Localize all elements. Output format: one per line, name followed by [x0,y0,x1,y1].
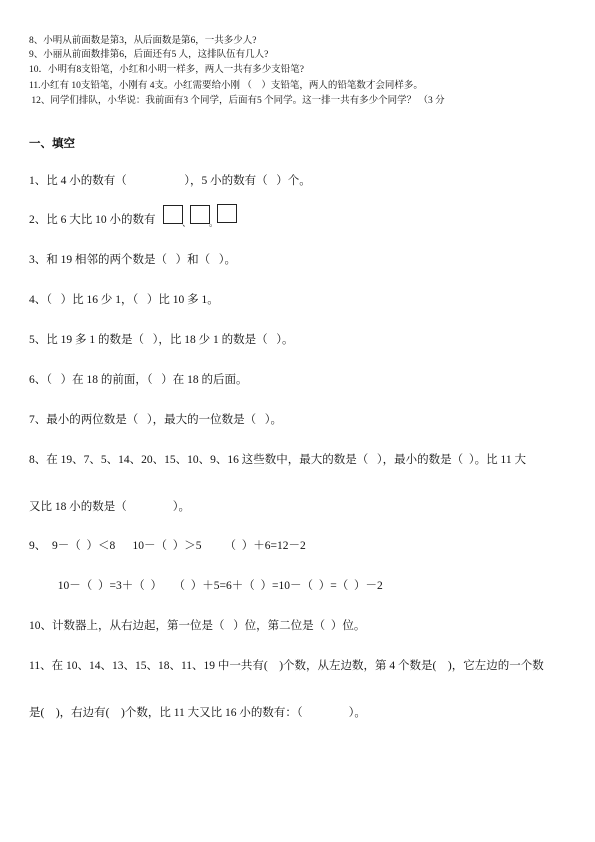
question-9-cont: 10－（ ）=3＋（ ） （ ）＋5=6＋（ ）=10－（ ）=（ ）－2 [29,579,383,593]
question-7: 7、最小的两位数是（ ），最大的一位数是（ ）。 [29,413,282,427]
question-8-cont: 又比 18 小的数是（ ）。 [29,500,190,514]
question-5: 5、比 19 多 1 的数是（ ），比 18 少 1 的数是（ ）。 [29,333,294,347]
top-question: 9、小丽从前面数排第6，后面还有5 人，这排队伍有几人? [29,49,268,61]
top-question: 12、同学们排队，小华说：我前面有3 个同学，后面有5 个同学。这一排一共有多少… [29,95,445,107]
question-11: 11、在 10、14、13、15、18、11、19 中一共有( )个数，从左边数… [29,659,544,673]
top-question: 8、小明从前面数是第3，从后面数是第6，一共多少人? [29,35,256,47]
question-4: 4、（ ）比 16 少 1，（ ）比 10 多 1。 [29,293,219,307]
question-2: 2、比 6 大比 10 小的数有 [29,213,158,227]
answer-box-3[interactable] [217,204,237,223]
question-6: 6、（ ）在 18 的前面，（ ）在 18 的后面。 [29,373,248,387]
question-8: 8、在 19、7、5、14、20、15、10、9、16 这些数中，最大的数是（ … [29,453,526,467]
question-1: 1、比 4 小的数有（ ），5 小的数有（ ）个。 [29,174,311,188]
question-11-cont: 是( )，右边有( )个数，比 11 大又比 16 小的数有：（ ）。 [29,706,366,720]
question-3: 3、和 19 相邻的两个数是（ ）和（ ）。 [29,253,236,267]
answer-box-2[interactable] [190,205,210,224]
top-question: 10．小明有8支铅笔，小红和小明一样多，两人一共有多少支铅笔? [29,64,304,76]
section-title: 一、填空 [29,135,75,151]
answer-box-1[interactable] [163,205,183,224]
top-question: 11.小红有 10支铅笔，小刚有 4支。小红需要给小刚 （ ）支铅笔，两人的铅笔… [29,80,423,92]
question-10: 10、计数器上，从右边起，第一位是（ ）位，第二位是（ ）位。 [29,619,365,633]
question-9: 9、 9－（ ）＜8 10－（ ）＞5 （ ）＋6=12－2 [29,539,306,553]
